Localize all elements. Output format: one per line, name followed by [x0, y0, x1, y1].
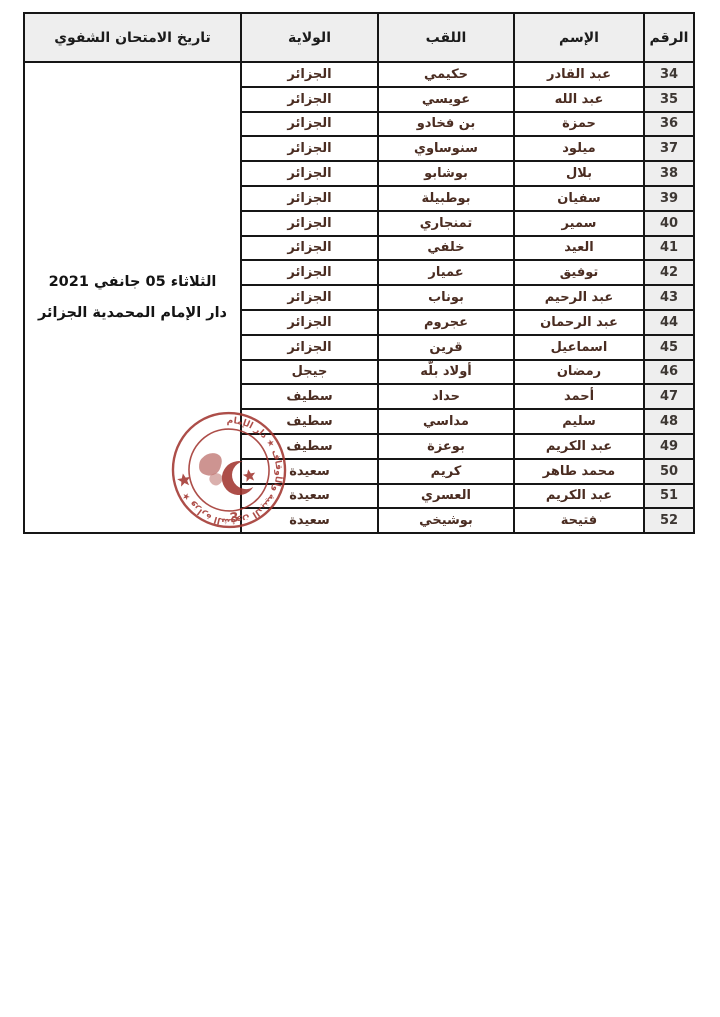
surname-cell: بن فخادو	[378, 112, 514, 137]
wilaya-cell: الجزائر	[241, 335, 378, 360]
exam-roster-table: الرقم الإسم اللقب الولاية تاريخ الامتحان…	[23, 12, 695, 534]
exam-date-line: الثلاثاء 05 جانفي 2021	[27, 267, 238, 297]
name-cell: فتيحة	[514, 508, 644, 533]
surname-cell: تمنجاري	[378, 211, 514, 236]
name-cell: سفيان	[514, 186, 644, 211]
surname-cell: حكيمي	[378, 62, 514, 87]
name-cell: عبد الكريم	[514, 484, 644, 509]
surname-cell: العسري	[378, 484, 514, 509]
surname-cell: سنوساوي	[378, 136, 514, 161]
name-cell: عبد الله	[514, 87, 644, 112]
col-header-wilaya: الولاية	[241, 13, 378, 62]
name-cell: توفيق	[514, 260, 644, 285]
row-number-cell: 51	[644, 484, 694, 509]
surname-cell: خلفي	[378, 236, 514, 261]
row-number-cell: 39	[644, 186, 694, 211]
row-number-cell: 46	[644, 360, 694, 385]
table-row: 34عبد القادرحكيميالجزائرالثلاثاء 05 جانف…	[24, 62, 694, 87]
name-cell: بلال	[514, 161, 644, 186]
row-number-cell: 45	[644, 335, 694, 360]
col-header-number: الرقم	[644, 13, 694, 62]
wilaya-cell: الجزائر	[241, 62, 378, 87]
row-number-cell: 49	[644, 434, 694, 459]
surname-cell: بوناب	[378, 285, 514, 310]
wilaya-cell: الجزائر	[241, 186, 378, 211]
name-cell: أحمد	[514, 384, 644, 409]
row-number-cell: 43	[644, 285, 694, 310]
name-cell: اسماعيل	[514, 335, 644, 360]
surname-cell: عجروم	[378, 310, 514, 335]
row-number-cell: 42	[644, 260, 694, 285]
surname-cell: بوعزة	[378, 434, 514, 459]
wilaya-cell: الجزائر	[241, 236, 378, 261]
col-header-name: الإسم	[514, 13, 644, 62]
surname-cell: عميار	[378, 260, 514, 285]
name-cell: محمد طاهر	[514, 459, 644, 484]
surname-cell: حداد	[378, 384, 514, 409]
surname-cell: أولاد بلّه	[378, 360, 514, 385]
document-page: الرقم الإسم اللقب الولاية تاريخ الامتحان…	[0, 0, 720, 1017]
row-number-cell: 36	[644, 112, 694, 137]
wilaya-cell: الجزائر	[241, 161, 378, 186]
surname-cell: عويسي	[378, 87, 514, 112]
wilaya-cell: الجزائر	[241, 310, 378, 335]
row-number-cell: 50	[644, 459, 694, 484]
header-row: الرقم الإسم اللقب الولاية تاريخ الامتحان…	[24, 13, 694, 62]
row-number-cell: 52	[644, 508, 694, 533]
row-number-cell: 44	[644, 310, 694, 335]
name-cell: عبد القادر	[514, 62, 644, 87]
roster-body: 34عبد القادرحكيميالجزائرالثلاثاء 05 جانف…	[24, 62, 694, 533]
exam-venue-line: دار الإمام المحمدية الجزائر	[27, 298, 238, 328]
wilaya-cell: الجزائر	[241, 260, 378, 285]
row-number-cell: 41	[644, 236, 694, 261]
wilaya-cell: جيجل	[241, 360, 378, 385]
name-cell: سمير	[514, 211, 644, 236]
surname-cell: بوشابو	[378, 161, 514, 186]
name-cell: عبد الرحيم	[514, 285, 644, 310]
wilaya-cell: الجزائر	[241, 285, 378, 310]
row-number-cell: 35	[644, 87, 694, 112]
surname-cell: مداسي	[378, 409, 514, 434]
name-cell: رمضان	[514, 360, 644, 385]
name-cell: عبد الكريم	[514, 434, 644, 459]
row-number-cell: 34	[644, 62, 694, 87]
wilaya-cell: سعيدة	[241, 459, 378, 484]
exam-date-cell: الثلاثاء 05 جانفي 2021دار الإمام المحمدي…	[24, 62, 241, 533]
wilaya-cell: الجزائر	[241, 211, 378, 236]
wilaya-cell: الجزائر	[241, 136, 378, 161]
name-cell: العيد	[514, 236, 644, 261]
row-number-cell: 48	[644, 409, 694, 434]
wilaya-cell: سعيدة	[241, 484, 378, 509]
name-cell: عبد الرحمان	[514, 310, 644, 335]
surname-cell: بوشيخي	[378, 508, 514, 533]
row-number-cell: 37	[644, 136, 694, 161]
row-number-cell: 40	[644, 211, 694, 236]
wilaya-cell: سطيف	[241, 384, 378, 409]
surname-cell: كريم	[378, 459, 514, 484]
name-cell: ميلود	[514, 136, 644, 161]
surname-cell: قرين	[378, 335, 514, 360]
name-cell: سليم	[514, 409, 644, 434]
row-number-cell: 47	[644, 384, 694, 409]
wilaya-cell: الجزائر	[241, 87, 378, 112]
surname-cell: بوطبيلة	[378, 186, 514, 211]
col-header-exam-date: تاريخ الامتحان الشفوي	[24, 13, 241, 62]
wilaya-cell: سطيف	[241, 434, 378, 459]
name-cell: حمزة	[514, 112, 644, 137]
wilaya-cell: سعيدة	[241, 508, 378, 533]
col-header-surname: اللقب	[378, 13, 514, 62]
row-number-cell: 38	[644, 161, 694, 186]
wilaya-cell: سطيف	[241, 409, 378, 434]
wilaya-cell: الجزائر	[241, 112, 378, 137]
